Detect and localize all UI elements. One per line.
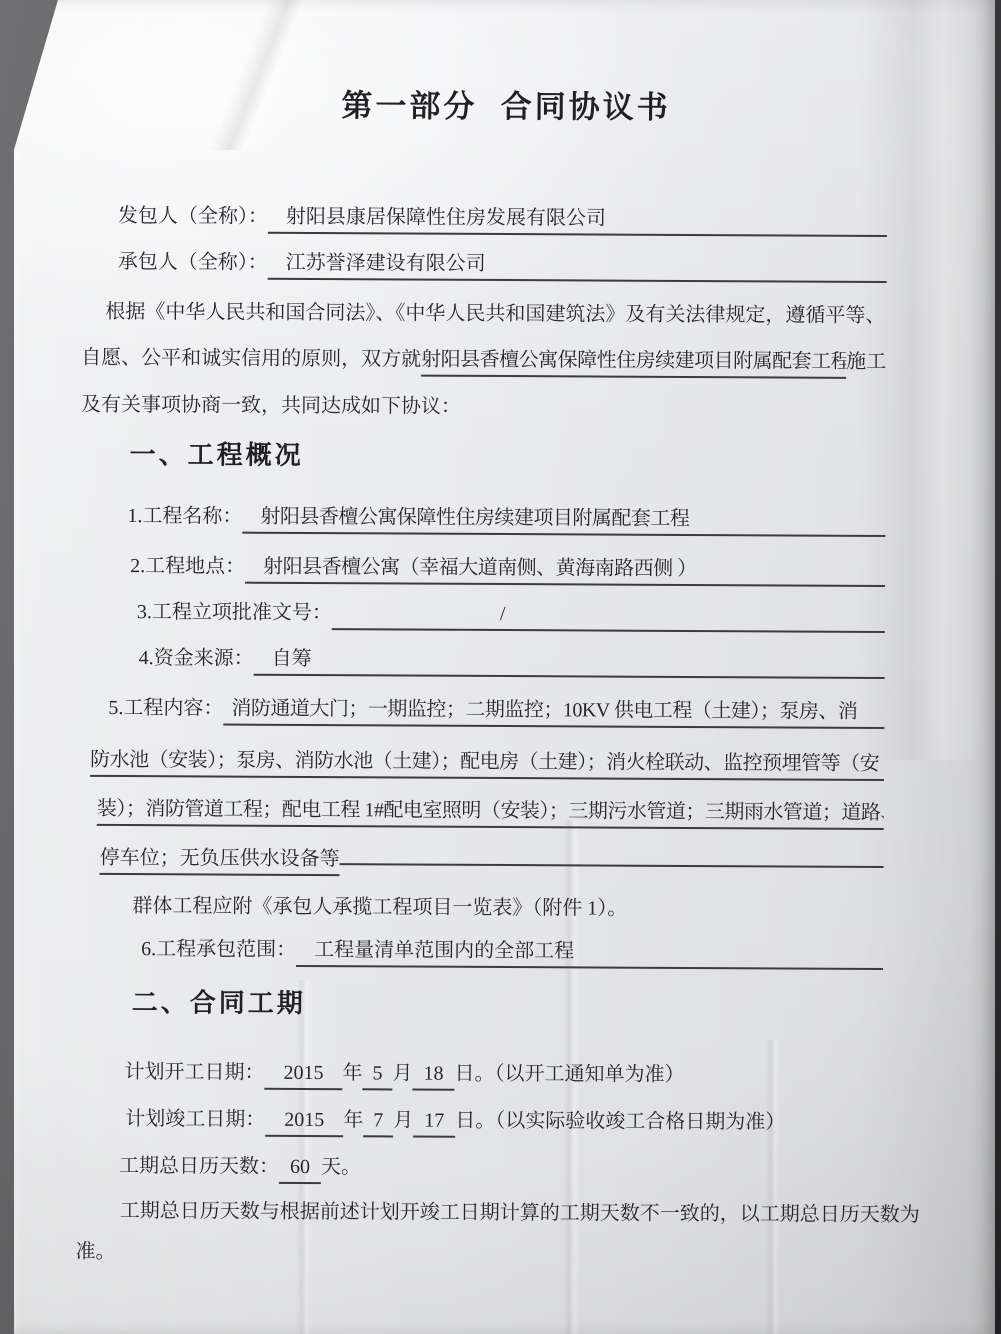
month-unit: 月 [392,1058,412,1088]
finish-date-month: 7 [363,1105,393,1137]
project-location-label: 2.工程地点： [130,551,245,582]
project-content-line-4-row: 停车位；无负压供水设备等 [100,843,884,880]
project-name-row: 1.工程名称： 射阳县香檀公寓保障性住房续建项目附属配套工程 [127,501,885,538]
total-days-suffix: 天。 [321,1152,361,1182]
contractor-label: 承包人（全称）： [118,247,268,278]
approval-number-row: 3.工程立项批准文号： / [137,597,885,634]
total-days-row: 工期总日历天数： 60 天。 [119,1151,361,1185]
finish-date-row: 计划竣工日期： 2015 年 7 月 17 日。（以实际验收竣工合格日期为准） [125,1104,785,1140]
project-content-line-2-row: 防水池（安装）；泵房、消防水池（土建）；配电房（土建）；消火栓联动、监控预埋管等… [90,745,884,782]
duration-note-line-2: 准。 [75,1237,115,1270]
project-content-line-3-row: 装）；消防管道工程；配电工程 1#配电室照明（安装）；三期污水管道；三期雨水管道… [97,794,884,831]
employer-row: 发包人（全称）： 射阳县康居保障性住房发展有限公司 [118,201,887,238]
group-note: 群体工程应附《承包人承揽工程项目一览表》（附件 1）。 [132,891,627,927]
project-name-value: 射阳县香檀公寓保障性住房续建项目附属配套工程 [242,502,885,537]
project-name-label: 1.工程名称： [127,501,242,532]
total-days-label: 工期总日历天数： [119,1151,279,1182]
finish-date-suffix: 日。（以实际验收竣工合格日期为准） [455,1106,785,1138]
finish-date-label: 计划竣工日期： [125,1104,265,1135]
start-date-row: 计划开工日期： 2015 年 5 月 18 日。（以开工通知单为准） [124,1057,684,1093]
finish-date-day: 17 [413,1106,455,1138]
start-date-suffix: 日。（以开工通知单为准） [454,1059,684,1090]
start-date-year: 2015 [264,1058,342,1090]
contract-scope-label: 6.工程承包范围： [141,934,296,965]
project-content-line-1: 消防通道大门；一期监控；二期监控；10KV 供电工程（土建）；泵房、消 [223,694,884,729]
start-date-label: 计划开工日期： [124,1057,264,1088]
employer-label: 发包人（全称）： [118,201,268,232]
finish-date-year: 2015 [265,1105,343,1137]
contract-content: 第一部分 合同协议书 发包人（全称）： 射阳县康居保障性住房发展有限公司 承包人… [9,0,997,1334]
contract-scope-value: 工程量清单范围内的全部工程 [296,935,883,970]
project-name-inline-underlined: 射阳县香檀公寓保障性住房续建项目附属配套工程 [421,345,846,379]
project-content-row: 5.工程内容： 消防通道大门；一期监控；二期监控；10KV 供电工程（土建）；泵… [108,693,884,730]
project-location-row: 2.工程地点： 射阳县香檀公寓（幸福大道南侧、黄海南路西侧 ） [130,551,885,588]
preamble-line-2-prefix: 自愿、公平和诚实信用的原则，双方就 [81,343,421,375]
project-content-line-3: 装）；消防管道工程；配电工程 1#配电室照明（安装）；三期污水管道；三期雨水管道… [97,794,884,830]
approval-number-label: 3.工程立项批准文号： [137,597,332,628]
contractor-row: 承包人（全称）： 江苏誉泽建设有限公司 [118,247,887,284]
month-unit: 月 [393,1105,413,1135]
funding-source-value: 自筹 [254,644,885,679]
employer-value: 射阳县康居保障性住房发展有限公司 [268,202,887,237]
start-date-month: 5 [362,1058,392,1090]
preamble-line-3: 及有关事项协商一致，共同达成如下协议： [81,390,461,425]
preamble-line-2: 自愿、公平和诚实信用的原则，双方就 射阳县香檀公寓保障性住房续建项目附属配套工程… [81,343,886,380]
year-unit: 年 [343,1105,363,1135]
year-unit: 年 [342,1058,362,1088]
contractor-value: 江苏誉泽建设有限公司 [268,248,887,283]
approval-number-value: / [332,598,885,633]
contract-scope-row: 6.工程承包范围： 工程量清单范围内的全部工程 [141,934,883,971]
preamble-line-2-suffix: 施工 [846,347,886,377]
project-location-value: 射阳县香檀公寓（幸福大道南侧、黄海南路西侧 ） [245,552,885,587]
project-content-line-2: 防水池（安装）；泵房、消防水池（土建）；配电房（土建）；消火栓联动、监控预埋管等… [90,745,884,781]
funding-source-row: 4.资金来源： 自筹 [139,643,885,680]
section-heading-duration: 二、合同工期 [132,985,306,1022]
start-date-day: 18 [412,1059,454,1091]
total-days-value: 60 [279,1152,321,1184]
underline-fill [340,863,884,868]
funding-source-label: 4.资金来源： [139,643,254,674]
project-content-label: 5.工程内容： [108,693,223,724]
preamble-line-1: 根据《中华人民共和国合同法》、《中华人民共和国建筑法》及有关法律规定，遵循平等、 [105,297,885,334]
section-heading-overview: 一、工程概况 [130,437,304,474]
page-title: 第一部分 合同协议书 [15,78,996,128]
project-content-line-4: 停车位；无负压供水设备等 [100,843,340,876]
duration-note-line-1: 工期总日历天数与根据前述计划开竣工日期计算的工期天数不一致的，以工期总日历天数为 [120,1196,920,1233]
scanned-contract-page: 第一部分 合同协议书 发包人（全称）： 射阳县康居保障性住房发展有限公司 承包人… [14,0,995,1334]
